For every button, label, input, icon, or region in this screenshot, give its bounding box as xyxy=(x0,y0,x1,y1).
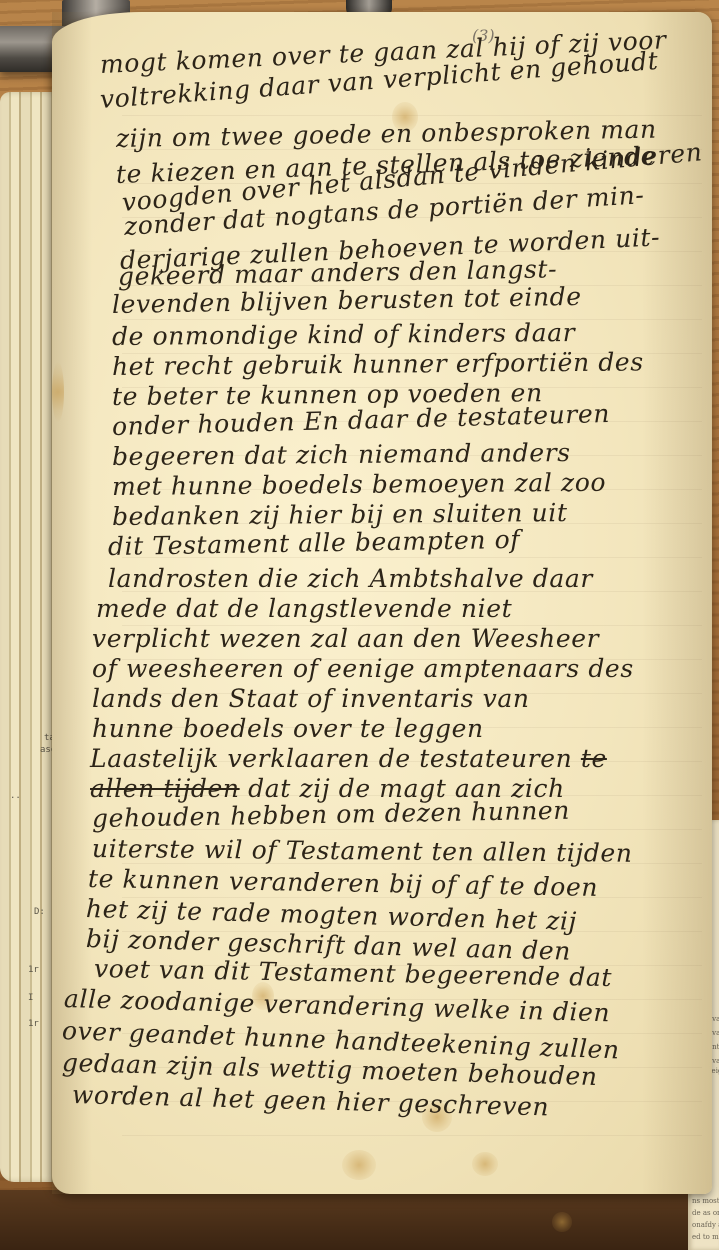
printed-text: de as or xyxy=(692,1210,719,1217)
stack-label: I xyxy=(28,994,33,1003)
handwritten-line: mede dat de langstlevende niet xyxy=(96,594,512,623)
stack-label: 1r xyxy=(28,1020,39,1029)
struck-text: allen tijden xyxy=(90,774,240,803)
printed-text: ed to mon xyxy=(692,1234,719,1241)
handwritten-line: lands den Staat of inventaris van xyxy=(92,684,530,713)
struck-text: te xyxy=(581,744,607,773)
handwritten-line: begeeren dat zich niemand anders xyxy=(112,438,571,471)
foxing-stain xyxy=(472,1152,498,1176)
printed-text: onafdy aft xyxy=(692,1222,719,1229)
stack-label: 1r xyxy=(28,966,39,975)
handwritten-line: hunne boedels over te leggen xyxy=(92,714,484,743)
desk-shadow xyxy=(0,1190,719,1250)
foxing-stain xyxy=(552,1212,572,1232)
handwritten-line: Laastelijk verklaaren de testateuren te xyxy=(90,744,607,773)
handwritten-line: verplicht wezen zal aan den Weesheer xyxy=(92,624,599,653)
handwritten-line: landrosten die zich Ambtshalve daar xyxy=(108,564,593,593)
handwritten-line: het recht gebruik hunner erfportiën des xyxy=(112,347,644,381)
foxing-stain xyxy=(342,1150,376,1180)
handwritten-line: de onmondige kind of kinders daar xyxy=(112,318,576,351)
handwritten-line: uiterste wil of Testament ten allen tijd… xyxy=(92,834,633,868)
handwritten-line: of weesheeren of eenige amptenaars des xyxy=(92,654,634,683)
line-text: Laastelijk verklaaren de testateuren xyxy=(90,744,572,773)
foxing-stain xyxy=(52,362,64,422)
page-gutter-shadow xyxy=(642,12,712,1194)
stack-label: D: xyxy=(34,908,45,917)
printed-text: ns most b xyxy=(692,1198,719,1205)
handwritten-line: met hunne boedels bemoeyen zal zoo xyxy=(112,468,606,501)
stack-label: .. xyxy=(10,792,21,801)
